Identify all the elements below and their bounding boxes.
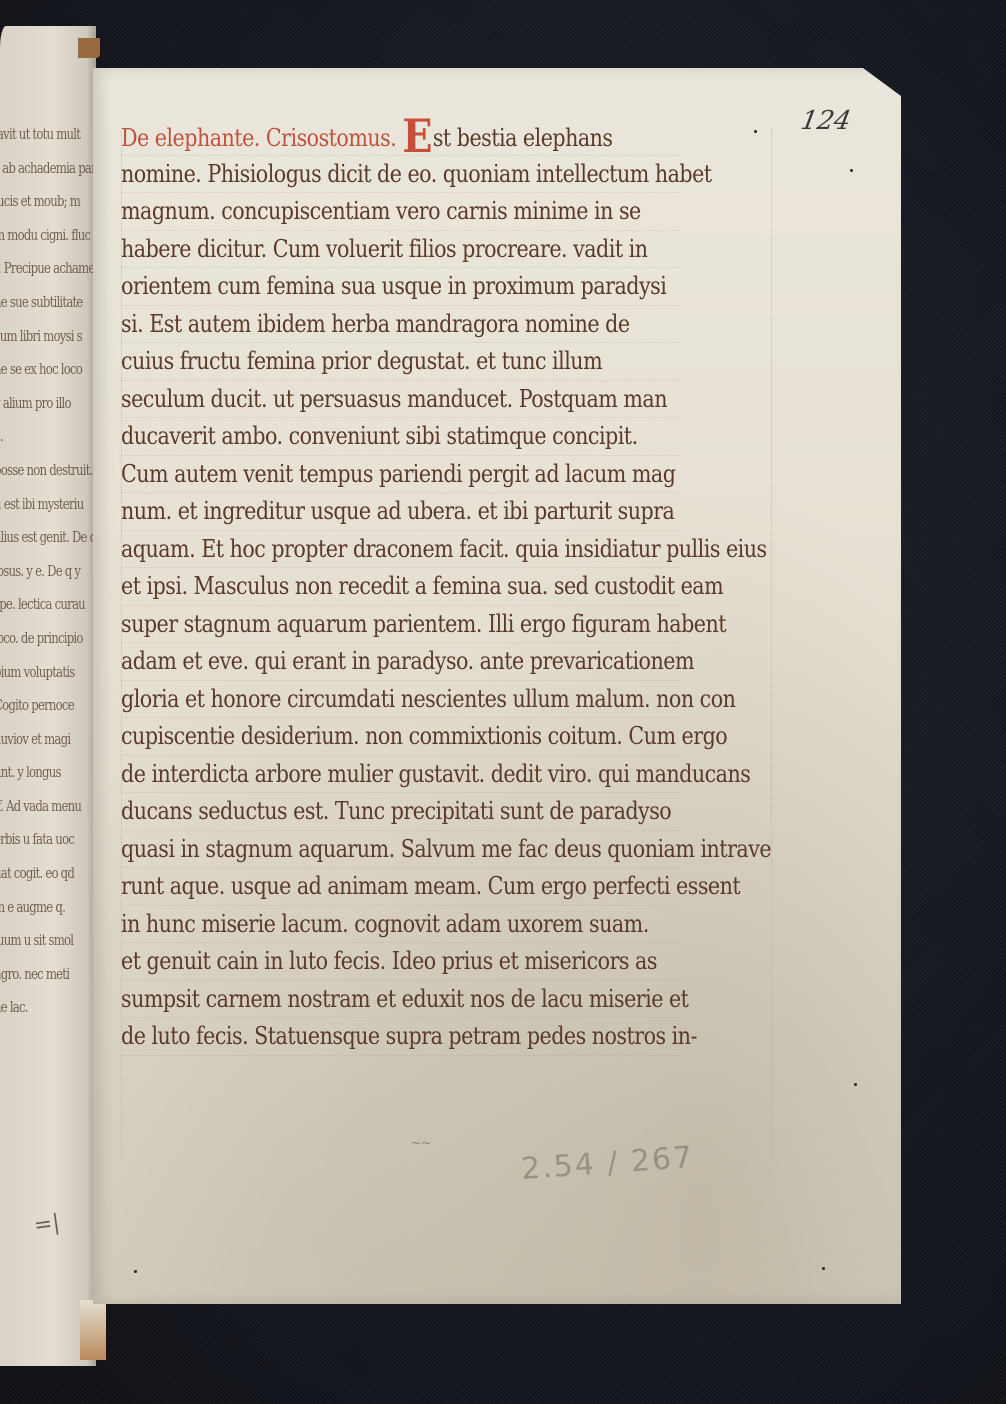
text-line: quasi in stagnum aquarum. Salvum me fac … xyxy=(121,831,680,869)
left-page-line: m modu cigni. fluc xyxy=(0,219,72,253)
text-line: habere dicitur. Cum voluerit filios proc… xyxy=(121,231,680,269)
pricking-mark xyxy=(134,1270,137,1273)
pencil-shelfmark: 2.54 / 267 xyxy=(520,1140,695,1187)
left-page-line: pium voluptatis xyxy=(0,656,72,690)
text-line: num. et ingreditur usque ad ubera. et ib… xyxy=(121,493,680,531)
text-line: cuius fructu femina prior degustat. et t… xyxy=(121,343,680,381)
left-page-line: ... xyxy=(0,420,72,454)
text-line: aquam. Et hoc propter draconem facit. qu… xyxy=(121,531,680,569)
text-line: orientem cum femina sua usque in proximu… xyxy=(121,268,680,306)
left-page-line: erbis u fata uoc xyxy=(0,823,72,857)
text-line: et ipsi. Masculus non recedit a femina s… xyxy=(121,568,680,606)
left-page-line: lavit ut totu mult xyxy=(0,118,72,152)
left-page-leather-edge xyxy=(78,38,100,58)
left-page-line: m e augme q. xyxy=(0,891,72,925)
left-facing-page: lavit ut totu mult s ab achademia par lu… xyxy=(0,26,96,1366)
text-line: magnum. concupiscentiam vero carnis mini… xyxy=(121,193,680,231)
text-line: runt aque. usque ad animam meam. Cum erg… xyxy=(121,868,680,906)
text-line: adam et eve. qui erant in paradyso. ante… xyxy=(121,643,680,681)
text-line: nomine. Phisiologus dicit de eo. quoniam… xyxy=(121,156,680,194)
left-page-bottom-mark: =| xyxy=(32,1210,61,1238)
text-line: super stagnum aquarum parientem. Illi er… xyxy=(121,606,680,644)
folio-number: 124 xyxy=(798,106,853,136)
left-page-line: y alium pro illo xyxy=(0,387,72,421)
left-page-line: s ab achademia par xyxy=(0,152,72,186)
manuscript-folio: 124 De elephante. Crisostomus. Est besti… xyxy=(93,68,901,1304)
text-line: ducans seductus est. Tunc precipitati su… xyxy=(121,793,680,831)
left-page-line: uat cogit. eo qd xyxy=(0,857,72,891)
text-line: si. Est autem ibidem herba mandragora no… xyxy=(121,306,680,344)
ruling-line-right xyxy=(771,128,772,1158)
text-line-rubric: De elephante. Crisostomus. Est bestia el… xyxy=(121,118,680,156)
pricking-mark xyxy=(854,1083,857,1086)
text-line: gloria et honore circumdati nescientes u… xyxy=(121,681,680,719)
pencil-scribble: ~~ xyxy=(411,1136,431,1150)
left-page-bottom-edge xyxy=(80,1300,106,1360)
left-page-line: loco. de principio xyxy=(0,622,72,656)
left-page-line: luum u sit smol xyxy=(0,924,72,958)
left-page-line: t. Precipue achame xyxy=(0,252,72,286)
rubric-title: De elephante. xyxy=(121,124,260,152)
text-line: Cum autem venit tempus pariendi pergit a… xyxy=(121,456,680,494)
text-line-content: st bestia elephans xyxy=(433,124,613,152)
text-line: seculum ducit. ut persuasus manducet. Po… xyxy=(121,381,680,419)
left-page-text: lavit ut totu mult s ab achademia par lu… xyxy=(0,118,94,1025)
left-page-line: cum libri moysi s xyxy=(0,320,72,354)
left-page-line: filius est genit. De q xyxy=(0,521,72,555)
left-page-line: ne se ex hoc loco xyxy=(0,353,72,387)
main-text-column: De elephante. Crisostomus. Est bestia el… xyxy=(121,118,771,1056)
left-page-line: losus. y e. De q y xyxy=(0,555,72,589)
left-page-line: if. Ad vada menu xyxy=(0,790,72,824)
left-page-line: unt. y longus xyxy=(0,756,72,790)
left-page-line: posse non destruit. S xyxy=(0,454,72,488)
text-line: in hunc miserie lacum. cognovit adam uxo… xyxy=(121,906,680,944)
pricking-mark xyxy=(822,1267,825,1270)
text-line: sumpsit carnem nostram et eduxit nos de … xyxy=(121,981,680,1019)
pricking-mark xyxy=(850,169,853,172)
left-page-line: u est ibi mysteriu xyxy=(0,488,72,522)
left-page-line: ngro. nec meti xyxy=(0,958,72,992)
text-line: de luto fecis. Statuensque supra petram … xyxy=(121,1018,680,1056)
text-line: cupiscentie desiderium. non commixtionis… xyxy=(121,718,680,756)
left-page-line: fluviov et magi xyxy=(0,723,72,757)
decorated-initial: E xyxy=(402,118,432,156)
rubric-author: Crisostomus. xyxy=(266,124,396,152)
text-line: de interdicta arbore mulier gustavit. de… xyxy=(121,756,680,794)
text-line: ducaverit ambo. conveniunt sibi statimqu… xyxy=(121,418,680,456)
left-page-line: spe. lectica curau xyxy=(0,588,72,622)
left-page-line: ne lac. xyxy=(0,991,72,1025)
text-line: et genuit cain in luto fecis. Ideo prius… xyxy=(121,943,680,981)
left-page-line: Cogito pernoce xyxy=(0,689,72,723)
left-page-line: ne sue subtilitate xyxy=(0,286,72,320)
left-page-line: lucis et moub; m xyxy=(0,185,72,219)
